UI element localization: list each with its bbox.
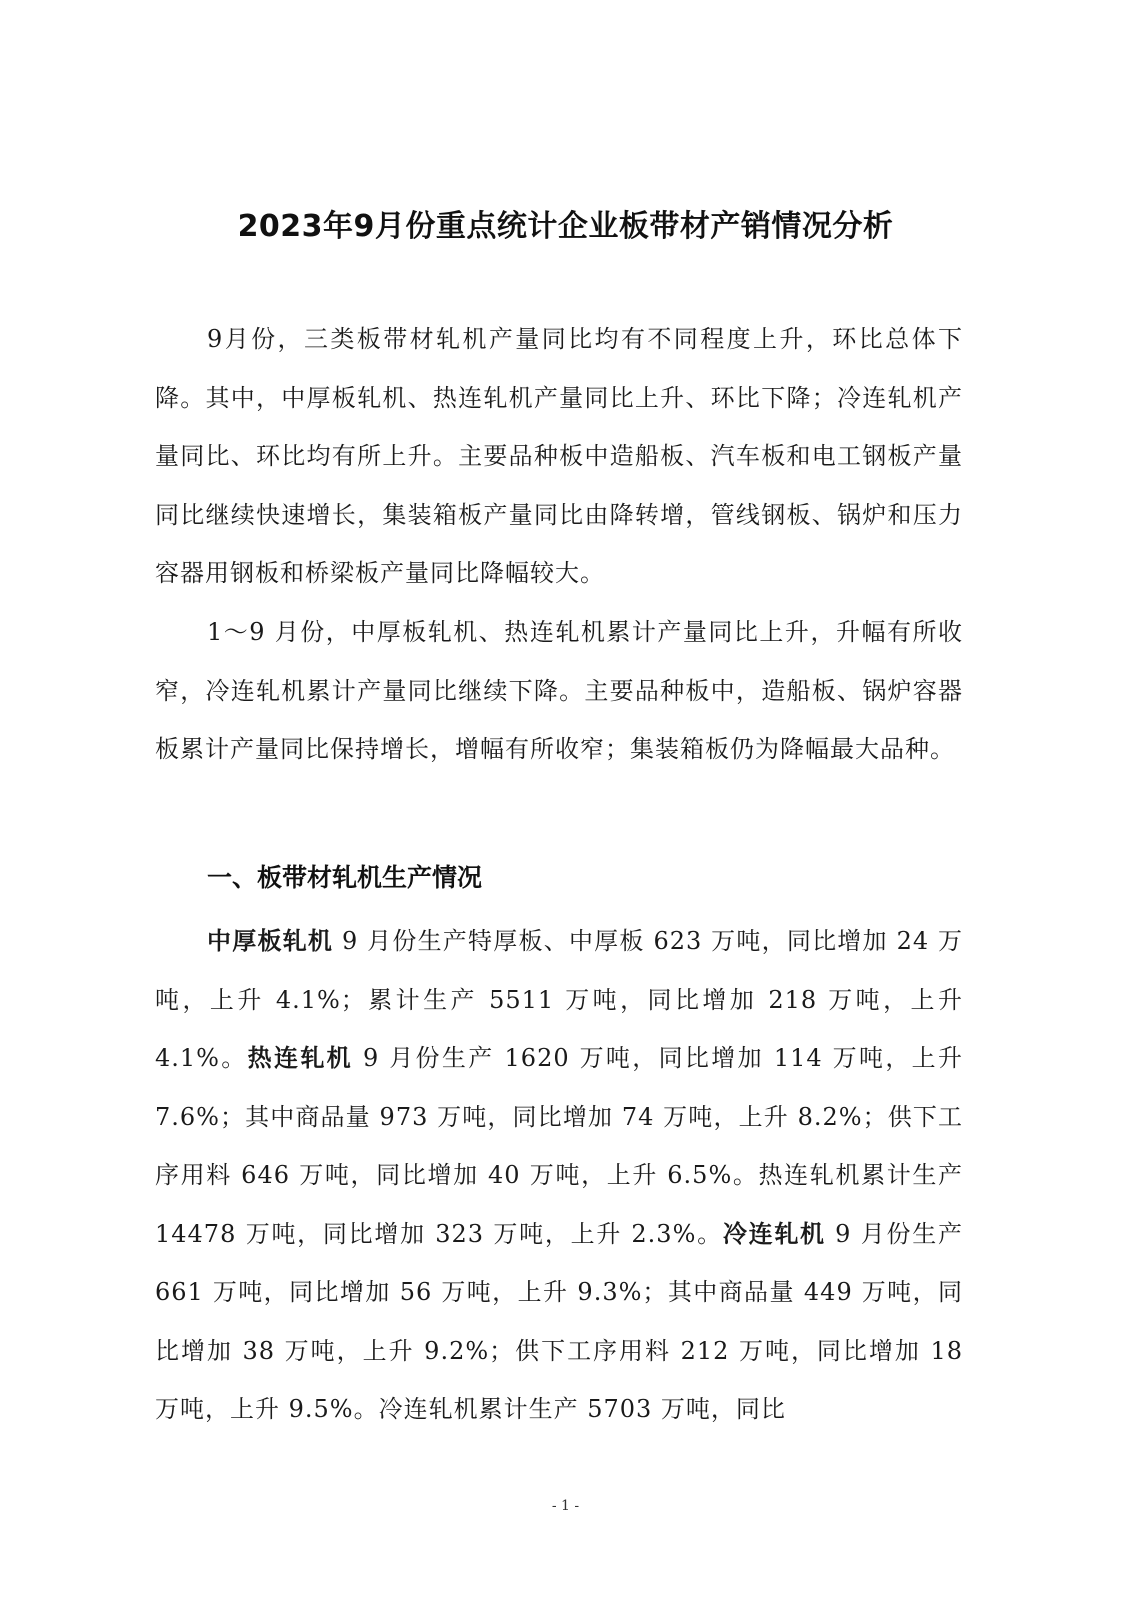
rolling-mill-paragraph: 中厚板轧机 9 月份生产特厚板、中厚板 623 万吨，同比增加 24 万吨，上升… [155, 912, 963, 1439]
paragraph-text: 1～9 月份，中厚板轧机、热连轧机累计产量同比上升，升幅有所收窄，冷连轧机累计产… [155, 603, 963, 779]
mill-label-cold-strip: 冷连轧机 [723, 1220, 826, 1248]
summary-paragraph-cumulative: 1～9 月份，中厚板轧机、热连轧机累计产量同比上升，升幅有所收窄，冷连轧机累计产… [155, 603, 963, 779]
page-number: - 1 - [0, 1498, 1131, 1514]
paragraph-text: 9月份，三类板带材轧机产量同比均有不同程度上升，环比总体下降。其中，中厚板轧机、… [155, 310, 963, 603]
section-heading: 一、板带材轧机生产情况 [207, 858, 482, 898]
section-1-body: 中厚板轧机 9 月份生产特厚板、中厚板 623 万吨，同比增加 24 万吨，上升… [155, 912, 963, 1439]
mill-label-medium-heavy-plate: 中厚板轧机 [207, 927, 333, 955]
mill-text-hot-strip: 9 月份生产 1620 万吨，同比增加 114 万吨，上升 7.6%；其中商品量… [155, 1044, 963, 1248]
mill-text-cold-strip: 9 月份生产 661 万吨，同比增加 56 万吨，上升 9.3%；其中商品量 4… [155, 1220, 963, 1424]
document-page: 2023年9月份重点统计企业板带材产销情况分析 9月份，三类板带材轧机产量同比均… [0, 0, 1131, 1600]
summary-paragraph-september: 9月份，三类板带材轧机产量同比均有不同程度上升，环比总体下降。其中，中厚板轧机、… [155, 310, 963, 603]
document-title: 2023年9月份重点统计企业板带材产销情况分析 [0, 205, 1131, 249]
mill-label-hot-strip: 热连轧机 [248, 1044, 353, 1072]
